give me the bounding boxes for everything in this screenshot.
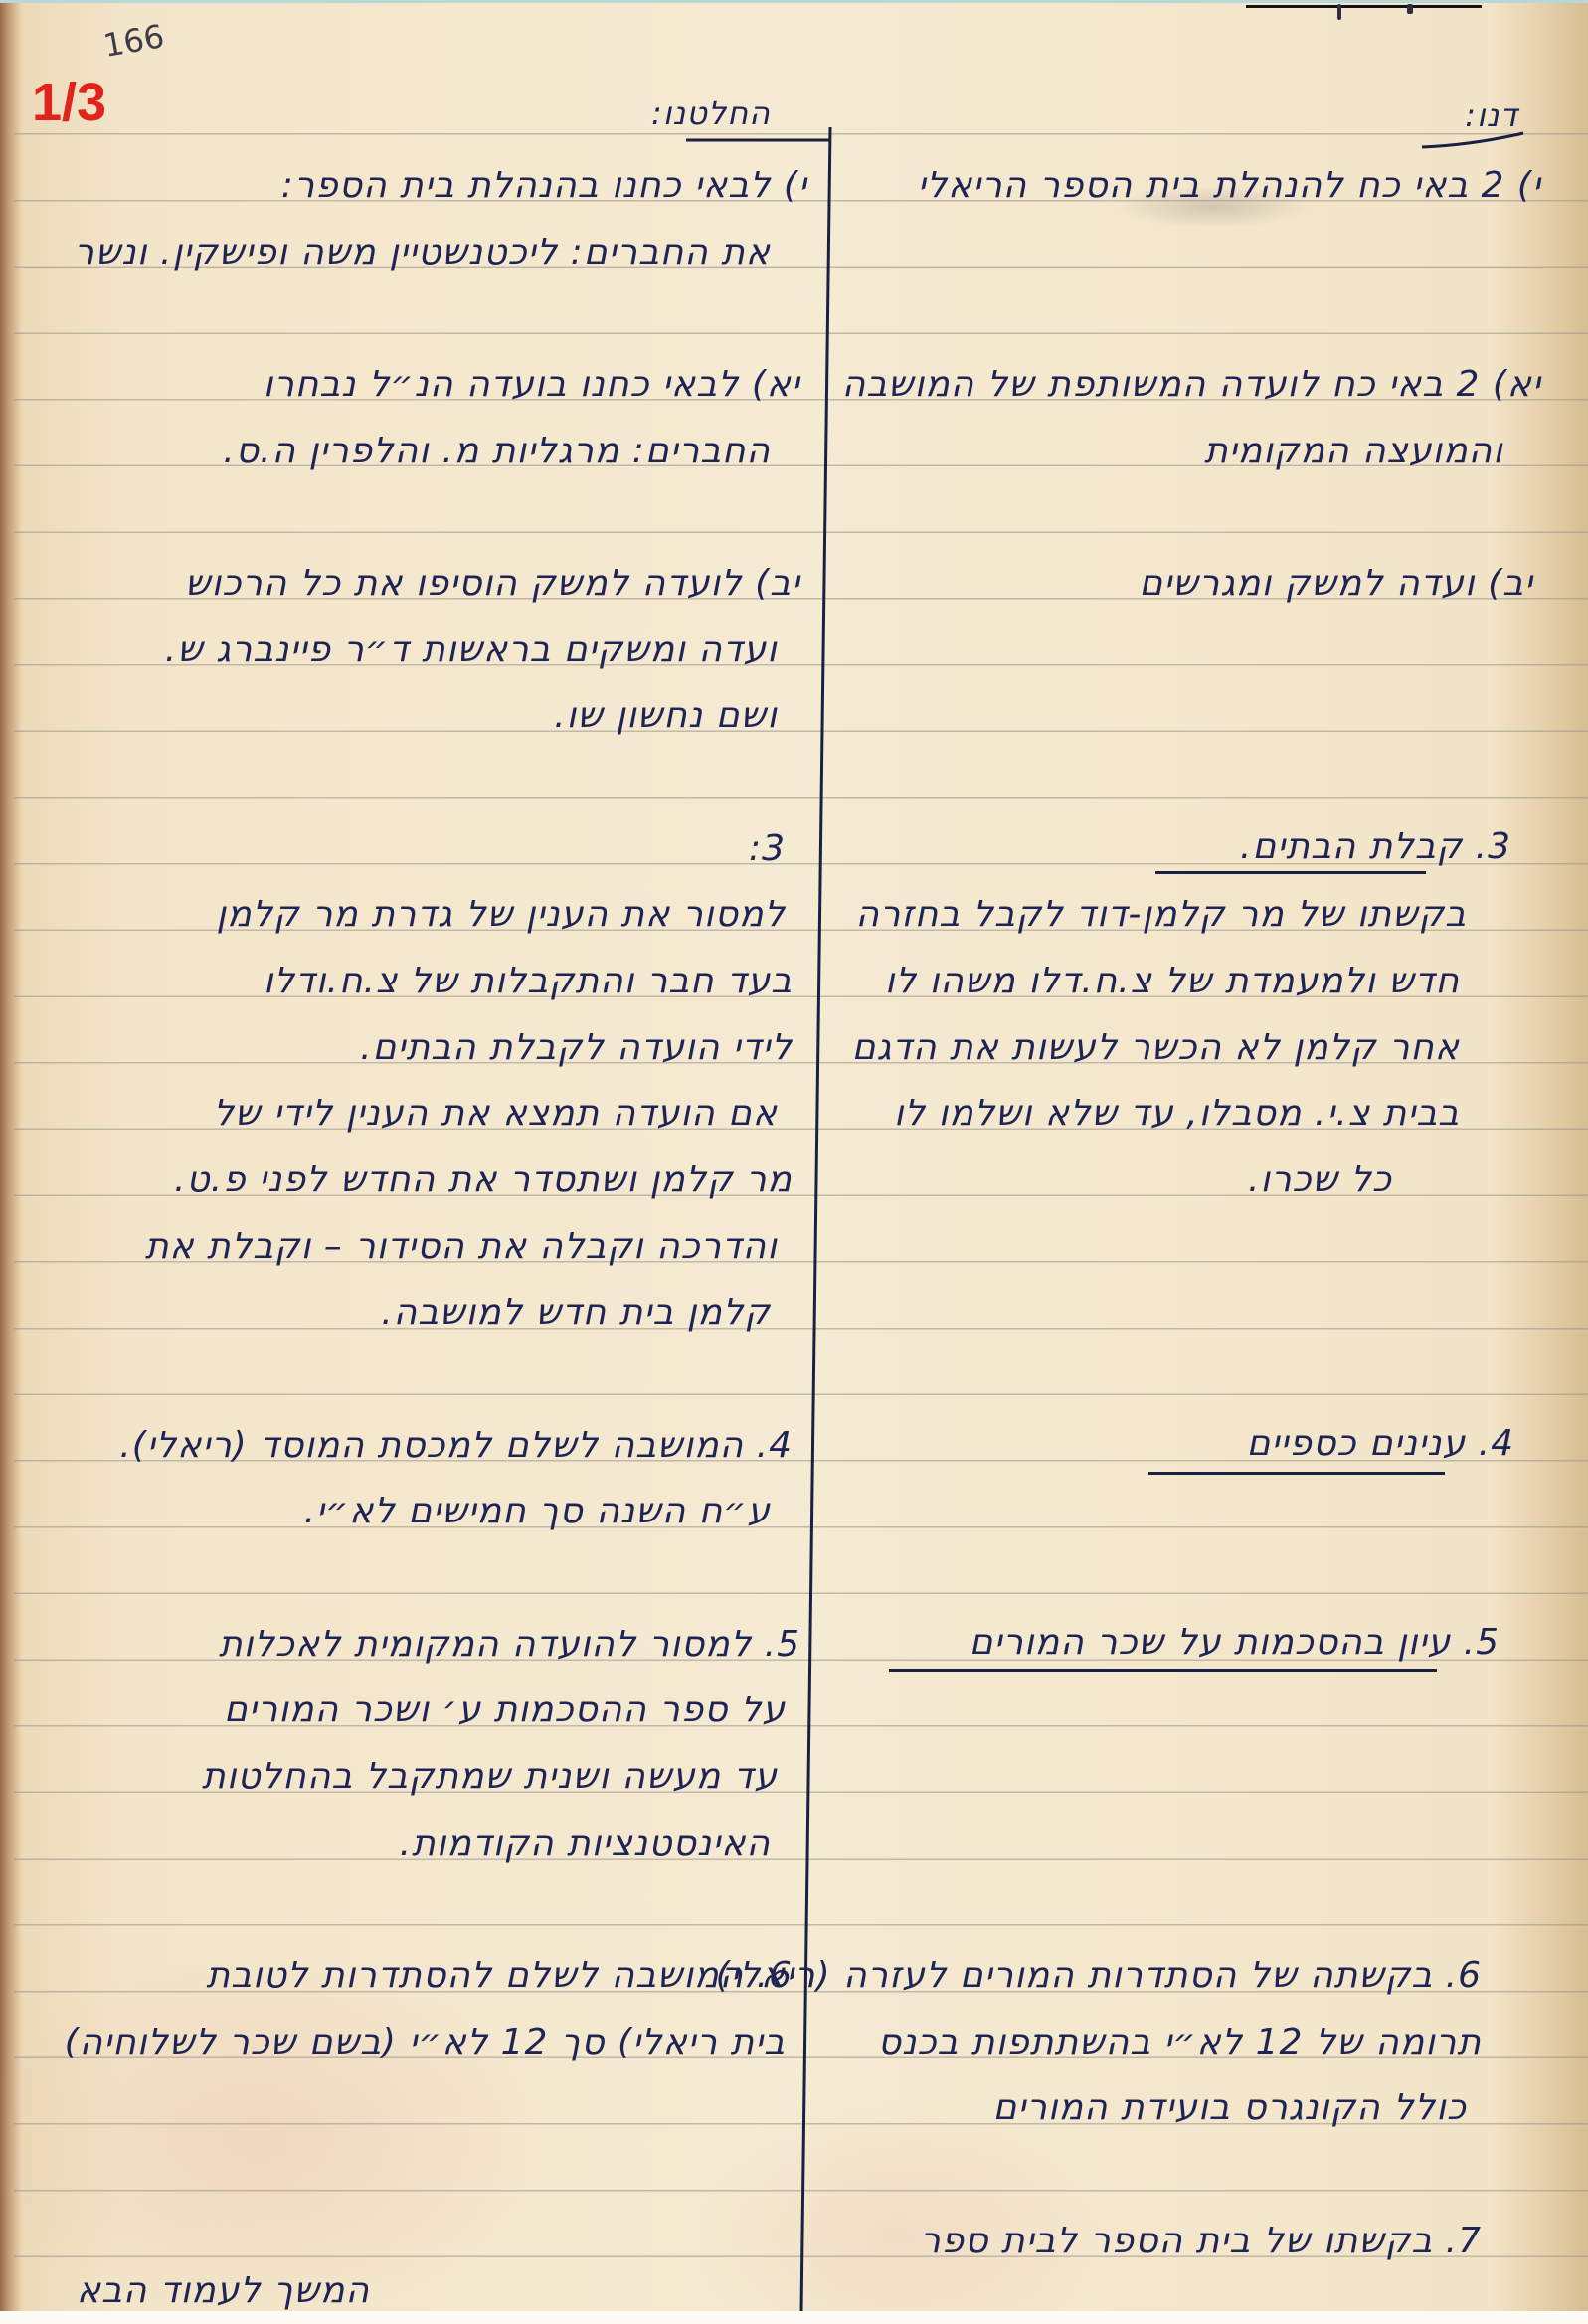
discussed-line: 6. בקשתה של הסתדרות המורים לעזרה (ריאלי) [716,1954,1482,1998]
item-title-underline [1155,871,1426,874]
decided-line: י) לבאי כחנו בהנהלת בית הספר: [281,164,807,208]
decided-line: ועדה ומשקים בראשות ד״ר פיינברג ש. [165,628,778,672]
decided-line: והדרכה וקבלה את הסידור – וקבלת את [145,1225,778,1269]
discussed-line: י) 2 באי כח להנהלת בית הספר הריאלי [918,164,1541,208]
decided-line: אם הועדה תמצא את הענין לידי של [214,1092,778,1136]
discussed-line: בבית צ.י. מסבלו, עד שלא ושלמו לו [894,1092,1460,1136]
decided-line: למסור את הענין של גדרת מר קלמן [216,893,786,937]
decided-line: 5. למסור להועדה המקומית לאכלות [219,1623,800,1667]
discussed-line: יא) 2 באי כח לועדה המשותפת של המושבה [842,363,1541,407]
decided-line: 4. המושבה לשלם למכסת המוסד (ריאלי). [119,1424,793,1468]
scanned-notebook-page: 166 1/3 החלטנו: דנו: י) 2 באי כח להנהלת … [0,0,1588,2324]
decided-line: קלמן בית חדש למושבה. [381,1291,771,1335]
decided-line: יב) לועדה למשק הוסיפו את כל הרכוש [185,562,800,606]
decided-line: החברים: מרגליות מ. והלפרין ה.ס. [223,430,771,473]
decided-line: בית ריאלי) סך 12 לא״י (בשם שכר לשלוחיה) [65,2021,786,2064]
decided-line: ושם נחשון שו. [554,694,778,738]
discussed-line: כולל הקונגרס בועידת המורים [993,2086,1467,2130]
decided-line: עד מעשה ושנית שמתקבל בהחלטות [202,1755,778,1799]
item-title-underline [889,1669,1437,1672]
discussed-column-heading: דנו: [1465,93,1518,137]
decided-line: יא) לבאי כחנו בועדה הנ״ל נבחרו [264,363,800,407]
discussed-line: 7. בקשתו של בית הספר לבית ספר [920,2220,1482,2263]
decided-line: לידי הועדה לקבלת הבתים. [360,1026,793,1070]
discussed-item-title: 4. ענינים כספיים [1247,1422,1514,1466]
decided-line: 6. המושבה לשלם להסתדרות לטובת [206,1954,793,1998]
discussed-line: והמועצה המקומית [1204,430,1503,473]
decided-column-heading: החלטנו: [651,91,771,135]
discussed-line: תרומה של 12 לא״י בהשתתפות בכנס [878,2021,1482,2064]
discussed-line: יב) ועדה למשק ומגרשים [1139,562,1533,606]
continuation-note: המשך לעמוד הבא [77,2269,370,2313]
discussed-line: אחר קלמן לא הכשר לעשות את הדגם [852,1026,1460,1070]
discussed-line: בקשתו של מר קלמן-דוד לקבל בחזרה [855,893,1467,937]
decided-line: בעד חבר והתקבלות של צ.ח.ודלו [264,960,793,1003]
scan-bottom-edge [0,2311,1588,2324]
discussed-line: חדש ולמעמדת של צ.ח.דלו משהו לו [885,960,1460,1003]
decided-line: מר קלמן ושתסדר את החדש לפני פ.ט. [174,1159,793,1202]
item-title-underline [1148,1472,1445,1475]
decided-line: על ספר ההסכמות ע׳ ושכר המורים [224,1689,786,1732]
decided-item-number: 3: [749,827,786,871]
discussed-item-title: 3. קבלת הבתים. [1240,825,1511,869]
discussed-line: כל שכרו. [1248,1159,1392,1202]
decided-line: האינסטנציות הקודמות. [400,1822,771,1866]
discussed-item-title: 5. עיון בהסכמות על שכר המורים [970,1621,1500,1665]
decided-line: ע״ח השנה סך חמישים לא״י. [304,1490,771,1533]
decided-line: את החברים: ליכטנשטיין משה ופישקין. ונשר [75,231,771,274]
